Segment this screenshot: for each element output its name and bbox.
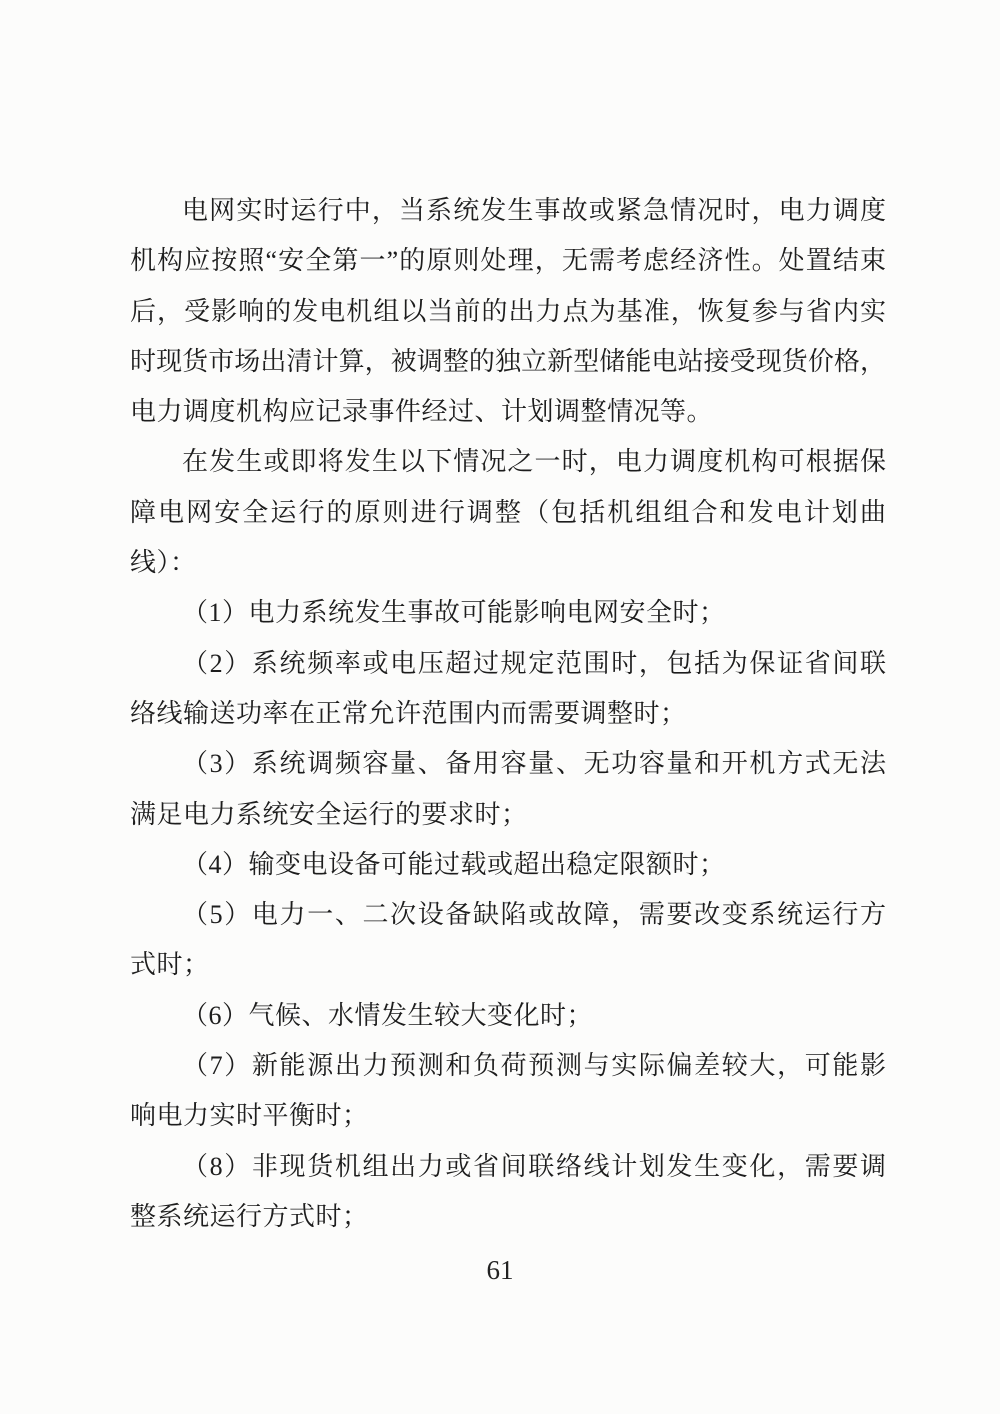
text-line: 电网实时运行中，当系统发生事故或紧急情况时，电力调度 — [130, 186, 886, 236]
text-line: 式时； — [130, 940, 886, 990]
page-number: 61 — [0, 1252, 1000, 1288]
text-line: （2）系统频率或电压超过规定范围时，包括为保证省间联 — [130, 639, 886, 689]
text-line: 机构应按照“安全第一”的原则处理，无需考虑经济性。处置结束 — [130, 236, 886, 286]
document-body: 电网实时运行中，当系统发生事故或紧急情况时，电力调度机构应按照“安全第一”的原则… — [130, 186, 886, 1242]
text-line: 时现货市场出清计算，被调整的独立新型储能电站接受现货价格， — [130, 337, 886, 387]
text-line: （1）电力系统发生事故可能影响电网安全时； — [130, 588, 886, 638]
document-page: 电网实时运行中，当系统发生事故或紧急情况时，电力调度机构应按照“安全第一”的原则… — [0, 0, 1000, 1414]
text-line: 电力调度机构应记录事件经过、计划调整情况等。 — [130, 387, 886, 437]
text-line: （5）电力一、二次设备缺陷或故障，需要改变系统运行方 — [130, 890, 886, 940]
text-line: 线）： — [130, 538, 886, 588]
text-line: （8）非现货机组出力或省间联络线计划发生变化，需要调 — [130, 1142, 886, 1192]
text-line: （6）气候、水情发生较大变化时； — [130, 991, 886, 1041]
text-line: 后，受影响的发电机组以当前的出力点为基准，恢复参与省内实 — [130, 287, 886, 337]
text-line: 整系统运行方式时； — [130, 1192, 886, 1242]
text-line: （4）输变电设备可能过载或超出稳定限额时； — [130, 840, 886, 890]
text-line: 在发生或即将发生以下情况之一时，电力调度机构可根据保 — [130, 437, 886, 487]
text-line: 络线输送功率在正常允许范围内而需要调整时； — [130, 689, 886, 739]
text-line: 障电网安全运行的原则进行调整（包括机组组合和发电计划曲 — [130, 488, 886, 538]
text-line: 满足电力系统安全运行的要求时； — [130, 790, 886, 840]
text-line: （3）系统调频容量、备用容量、无功容量和开机方式无法 — [130, 739, 886, 789]
text-line: 响电力实时平衡时； — [130, 1091, 886, 1141]
text-line: （7）新能源出力预测和负荷预测与实际偏差较大，可能影 — [130, 1041, 886, 1091]
